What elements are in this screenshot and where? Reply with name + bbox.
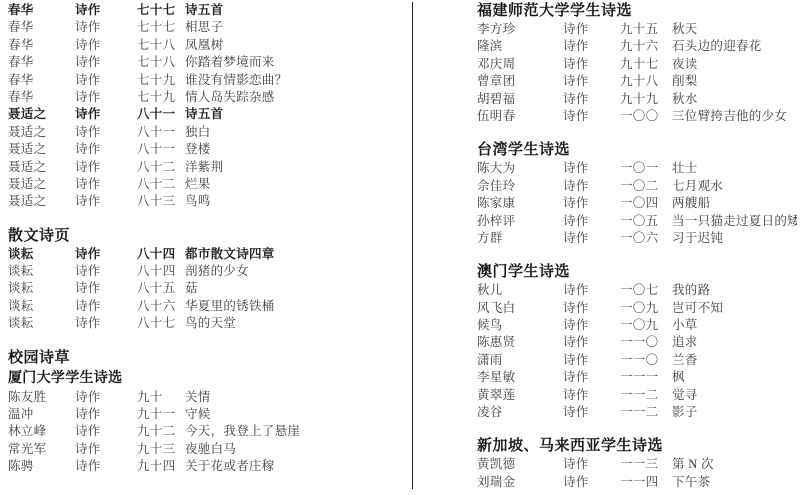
toc-column-right: 福建师范大学学生诗选李方珍诗作九十五秋天隆滨诗作九十六石头边的迎春花邓庆周诗作九… — [477, 0, 797, 491]
toc-row: 李方珍诗作九十五秋天 — [477, 21, 797, 38]
toc-work: 诗作 — [563, 160, 620, 177]
toc-work: 诗作 — [563, 73, 620, 90]
toc-row: 佘佳玲诗作一〇二七月观水 — [477, 178, 797, 195]
toc-work: 诗作 — [563, 230, 620, 247]
toc-title: 三位臂挎吉他的少女 — [672, 108, 797, 125]
toc-author: 孙梓评 — [477, 213, 563, 230]
toc-work: 诗作 — [563, 387, 620, 404]
toc-author: 胡碧福 — [477, 91, 563, 108]
toc-row: 李星敏诗作一一一枫 — [477, 369, 797, 386]
toc-row: 谈耘诗作八十七鸟的天堂 — [8, 315, 406, 332]
toc-page: 九十二 — [137, 423, 185, 440]
toc-work: 诗作 — [563, 317, 620, 334]
toc-page: 一一四 — [620, 474, 672, 491]
toc-page: 一〇一 — [620, 160, 672, 177]
toc-row: 春华诗作七十七诗五首 — [8, 2, 406, 19]
toc-row: 陈家康诗作一〇四两艘船 — [477, 195, 797, 212]
toc-row: 聂适之诗作八十二烂果 — [8, 176, 406, 193]
toc-title: 当一只猫走过夏日的矮墙 — [672, 213, 797, 230]
toc-page: 八十三 — [137, 193, 185, 210]
toc-author: 黄凯德 — [477, 456, 563, 473]
toc-author: 聂适之 — [8, 141, 75, 158]
toc-row: 聂适之诗作八十三鸟鸣 — [8, 193, 406, 210]
toc-work: 诗作 — [75, 89, 137, 106]
toc-author: 谈耘 — [8, 246, 75, 263]
toc-author: 伍明春 — [477, 108, 563, 125]
toc-title: 剖猪的少女 — [185, 263, 406, 280]
toc-author: 春华 — [8, 72, 75, 89]
toc-row: 潇雨诗作一一〇兰香 — [477, 352, 797, 369]
toc-page: 一一二 — [620, 404, 672, 421]
toc-page: 八十五 — [137, 280, 185, 297]
toc-row: 谈耘诗作八十五菇 — [8, 280, 406, 297]
toc-author: 陈惠贤 — [477, 334, 563, 351]
toc-author: 春华 — [8, 2, 75, 19]
toc-author: 谈耘 — [8, 298, 75, 315]
toc-work: 诗作 — [75, 193, 137, 210]
toc-page: 八十二 — [137, 176, 185, 193]
toc-title: 相思子 — [185, 19, 406, 36]
toc-work: 诗作 — [75, 423, 137, 440]
toc-title: 鸟的天堂 — [185, 315, 406, 332]
toc-title: 诗五首 — [185, 2, 406, 19]
toc-page: 八十一 — [137, 106, 185, 123]
toc-row: 谈耘诗作八十四都市散文诗四章 — [8, 246, 406, 263]
toc-author: 谈耘 — [8, 315, 75, 332]
toc-row: 胡碧福诗作九十九秋水 — [477, 91, 797, 108]
toc-row: 邓庆周诗作九十七夜读 — [477, 56, 797, 73]
toc-author: 聂适之 — [8, 106, 75, 123]
toc-row: 谈耘诗作八十六华夏里的锈铁桶 — [8, 298, 406, 315]
toc-row: 伍明春诗作一〇〇三位臂挎吉他的少女 — [477, 108, 797, 125]
toc-title: 觉寻 — [672, 387, 797, 404]
toc-work: 诗作 — [75, 159, 137, 176]
toc-row: 春华诗作七十九谁没有情影恋曲？ — [8, 72, 406, 89]
toc-work: 诗作 — [75, 72, 137, 89]
toc-author: 聂适之 — [8, 159, 75, 176]
toc-title: 两艘船 — [672, 195, 797, 212]
toc-row: 方群诗作一〇六习于迟钝 — [477, 230, 797, 247]
toc-page: 八十六 — [137, 298, 185, 315]
toc-section-heading: 校园诗草 — [8, 349, 406, 367]
toc-author: 聂适之 — [8, 193, 75, 210]
toc-section-heading: 新加坡、马来西亚学生诗选 — [477, 437, 797, 455]
toc-title: 洋紫荆 — [185, 159, 406, 176]
toc-work: 诗作 — [563, 178, 620, 195]
toc-row: 孙梓评诗作一〇五当一只猫走过夏日的矮墙 — [477, 213, 797, 230]
toc-title: 关情 — [185, 389, 406, 406]
toc-work: 诗作 — [75, 124, 137, 141]
toc-row: 陈友胜诗作九十关情 — [8, 389, 406, 406]
toc-page: 七十九 — [137, 89, 185, 106]
toc-work: 诗作 — [75, 441, 137, 458]
toc-author: 春华 — [8, 54, 75, 71]
toc-author: 曾章团 — [477, 73, 563, 90]
toc-row: 陈惠贤诗作一一〇追求 — [477, 334, 797, 351]
toc-work: 诗作 — [563, 108, 620, 125]
toc-title: 独白 — [185, 124, 406, 141]
toc-work: 诗作 — [563, 91, 620, 108]
toc-work: 诗作 — [563, 213, 620, 230]
toc-page: 九十五 — [620, 21, 672, 38]
toc-row: 秋儿诗作一〇七我的路 — [477, 282, 797, 299]
toc-work: 诗作 — [563, 282, 620, 299]
toc-page: 一一〇 — [620, 352, 672, 369]
toc-work: 诗作 — [75, 280, 137, 297]
toc-page: 一一〇 — [620, 334, 672, 351]
toc-title: 夜驰白马 — [185, 441, 406, 458]
toc-title: 我的路 — [672, 282, 797, 299]
toc-row: 聂适之诗作八十一诗五首 — [8, 106, 406, 123]
toc-work: 诗作 — [75, 246, 137, 263]
toc-page: 一〇九 — [620, 317, 672, 334]
toc-title: 下午茶 — [672, 474, 797, 491]
toc-title: 枫 — [672, 369, 797, 386]
toc-work: 诗作 — [75, 458, 137, 475]
toc-row: 常光军诗作九十三夜驰白马 — [8, 441, 406, 458]
toc-section-heading: 福建师范大学学生诗选 — [477, 2, 797, 20]
toc-author: 温冲 — [8, 406, 75, 423]
toc-title: 都市散文诗四章 — [185, 246, 406, 263]
toc-work: 诗作 — [75, 389, 137, 406]
toc-title: 华夏里的锈铁桶 — [185, 298, 406, 315]
toc-work: 诗作 — [75, 2, 137, 19]
toc-page: 春华诗作七十七诗五首春华诗作七十七相思子春华诗作七十八凤凰树春华诗作七十八你踏着… — [0, 0, 800, 495]
toc-work: 诗作 — [75, 176, 137, 193]
toc-page: 七十七 — [137, 19, 185, 36]
toc-row: 曾章团诗作九十八削梨 — [477, 73, 797, 90]
toc-title: 秋水 — [672, 91, 797, 108]
toc-page: 一一三 — [620, 456, 672, 473]
toc-row: 春华诗作七十八你踏着梦境而来 — [8, 54, 406, 71]
toc-page: 一〇五 — [620, 213, 672, 230]
toc-title: 秋天 — [672, 21, 797, 38]
toc-page: 一一一 — [620, 369, 672, 386]
toc-work: 诗作 — [563, 195, 620, 212]
toc-title: 壮士 — [672, 160, 797, 177]
toc-page: 八十四 — [137, 263, 185, 280]
toc-work: 诗作 — [75, 141, 137, 158]
toc-work: 诗作 — [563, 474, 620, 491]
toc-page: 九十七 — [620, 56, 672, 73]
toc-title: 小草 — [672, 317, 797, 334]
toc-page: 九十六 — [620, 38, 672, 55]
toc-author: 常光军 — [8, 441, 75, 458]
toc-title: 谁没有情影恋曲？ — [185, 72, 406, 89]
toc-author: 李方珍 — [477, 21, 563, 38]
toc-page: 八十二 — [137, 159, 185, 176]
toc-title: 今天，我登上了悬崖 — [185, 423, 406, 440]
toc-page: 九十八 — [620, 73, 672, 90]
toc-row: 黄凯德诗作一一三第 N 次 — [477, 456, 797, 473]
toc-author: 黄翠莲 — [477, 387, 563, 404]
toc-row: 聂适之诗作八十一登楼 — [8, 141, 406, 158]
toc-work: 诗作 — [75, 54, 137, 71]
toc-row: 春华诗作七十九情人岛失踪杂感 — [8, 89, 406, 106]
toc-page: 八十一 — [137, 124, 185, 141]
toc-row: 春华诗作七十七相思子 — [8, 19, 406, 36]
toc-title: 削梨 — [672, 73, 797, 90]
toc-author: 风飞白 — [477, 300, 563, 317]
toc-title: 守候 — [185, 406, 406, 423]
toc-work: 诗作 — [75, 298, 137, 315]
toc-page: 一〇六 — [620, 230, 672, 247]
toc-author: 春华 — [8, 37, 75, 54]
toc-author: 谈耘 — [8, 280, 75, 297]
toc-row: 黄翠莲诗作一一二觉寻 — [477, 387, 797, 404]
toc-work: 诗作 — [75, 406, 137, 423]
column-divider — [412, 2, 413, 489]
toc-page: 九十四 — [137, 458, 185, 475]
toc-work: 诗作 — [563, 56, 620, 73]
toc-row: 陈大为诗作一〇一壮士 — [477, 160, 797, 177]
toc-work: 诗作 — [75, 37, 137, 54]
toc-author: 陈骋 — [8, 458, 75, 475]
toc-page: 七十七 — [137, 2, 185, 19]
toc-page: 八十一 — [137, 141, 185, 158]
toc-work: 诗作 — [75, 263, 137, 280]
toc-page: 九十 — [137, 389, 185, 406]
toc-row: 凌谷诗作一一二影子 — [477, 404, 797, 421]
toc-author: 凌谷 — [477, 404, 563, 421]
toc-column-left: 春华诗作七十七诗五首春华诗作七十七相思子春华诗作七十八凤凰树春华诗作七十八你踏着… — [8, 0, 406, 476]
toc-title: 鸟鸣 — [185, 193, 406, 210]
toc-title: 岂可不知 — [672, 300, 797, 317]
toc-work: 诗作 — [75, 106, 137, 123]
toc-row: 谈耘诗作八十四剖猪的少女 — [8, 263, 406, 280]
toc-title: 凤凰树 — [185, 37, 406, 54]
toc-work: 诗作 — [563, 404, 620, 421]
toc-title: 登楼 — [185, 141, 406, 158]
toc-page: 一〇九 — [620, 300, 672, 317]
toc-row: 刘瑞金诗作一一四下午茶 — [477, 474, 797, 491]
toc-page: 七十九 — [137, 72, 185, 89]
toc-row: 风飞白诗作一〇九岂可不知 — [477, 300, 797, 317]
toc-title: 第 N 次 — [672, 456, 797, 473]
toc-page: 八十七 — [137, 315, 185, 332]
toc-author: 候鸟 — [477, 317, 563, 334]
toc-title: 夜读 — [672, 56, 797, 73]
toc-work: 诗作 — [563, 369, 620, 386]
toc-row: 隆滨诗作九十六石头边的迎春花 — [477, 38, 797, 55]
toc-title: 兰香 — [672, 352, 797, 369]
toc-row: 聂适之诗作八十一独白 — [8, 124, 406, 141]
toc-work: 诗作 — [563, 456, 620, 473]
toc-page: 七十八 — [137, 37, 185, 54]
toc-title: 影子 — [672, 404, 797, 421]
toc-author: 陈友胜 — [8, 389, 75, 406]
toc-title: 习于迟钝 — [672, 230, 797, 247]
toc-author: 林立峰 — [8, 423, 75, 440]
toc-title: 你踏着梦境而来 — [185, 54, 406, 71]
toc-title: 追求 — [672, 334, 797, 351]
toc-subheading: 厦门大学学生诗选 — [8, 368, 406, 386]
toc-author: 邓庆周 — [477, 56, 563, 73]
toc-work: 诗作 — [563, 21, 620, 38]
toc-page: 一〇七 — [620, 282, 672, 299]
toc-title: 菇 — [185, 280, 406, 297]
toc-author: 方群 — [477, 230, 563, 247]
toc-author: 聂适之 — [8, 176, 75, 193]
toc-work: 诗作 — [563, 300, 620, 317]
toc-row: 温冲诗作九十一守候 — [8, 406, 406, 423]
toc-section-heading: 台湾学生诗选 — [477, 141, 797, 159]
toc-author: 刘瑞金 — [477, 474, 563, 491]
toc-title: 诗五首 — [185, 106, 406, 123]
toc-row: 春华诗作七十八凤凰树 — [8, 37, 406, 54]
toc-author: 春华 — [8, 89, 75, 106]
toc-author: 李星敏 — [477, 369, 563, 386]
toc-page: 八十四 — [137, 246, 185, 263]
toc-title: 关于花或者庄稼 — [185, 458, 406, 475]
toc-work: 诗作 — [563, 38, 620, 55]
toc-author: 潇雨 — [477, 352, 563, 369]
toc-author: 谈耘 — [8, 263, 75, 280]
toc-work: 诗作 — [563, 352, 620, 369]
toc-page: 九十九 — [620, 91, 672, 108]
toc-page: 九十三 — [137, 441, 185, 458]
toc-page: 七十八 — [137, 54, 185, 71]
toc-row: 林立峰诗作九十二今天，我登上了悬崖 — [8, 423, 406, 440]
toc-row: 陈骋诗作九十四关于花或者庄稼 — [8, 458, 406, 475]
toc-page: 一一二 — [620, 387, 672, 404]
toc-page: 一〇二 — [620, 178, 672, 195]
toc-author: 佘佳玲 — [477, 178, 563, 195]
toc-work: 诗作 — [75, 315, 137, 332]
toc-work: 诗作 — [75, 19, 137, 36]
toc-title: 七月观水 — [672, 178, 797, 195]
toc-author: 春华 — [8, 19, 75, 36]
toc-work: 诗作 — [563, 334, 620, 351]
toc-author: 隆滨 — [477, 38, 563, 55]
toc-page: 九十一 — [137, 406, 185, 423]
toc-section-heading: 散文诗页 — [8, 227, 406, 245]
toc-author: 陈大为 — [477, 160, 563, 177]
toc-title: 石头边的迎春花 — [672, 38, 797, 55]
toc-title: 情人岛失踪杂感 — [185, 89, 406, 106]
toc-page: 一〇四 — [620, 195, 672, 212]
toc-row: 候鸟诗作一〇九小草 — [477, 317, 797, 334]
toc-title: 烂果 — [185, 176, 406, 193]
toc-author: 秋儿 — [477, 282, 563, 299]
toc-row: 聂适之诗作八十二洋紫荆 — [8, 159, 406, 176]
toc-section-heading: 澳门学生诗选 — [477, 263, 797, 281]
toc-author: 陈家康 — [477, 195, 563, 212]
toc-author: 聂适之 — [8, 124, 75, 141]
toc-page: 一〇〇 — [620, 108, 672, 125]
